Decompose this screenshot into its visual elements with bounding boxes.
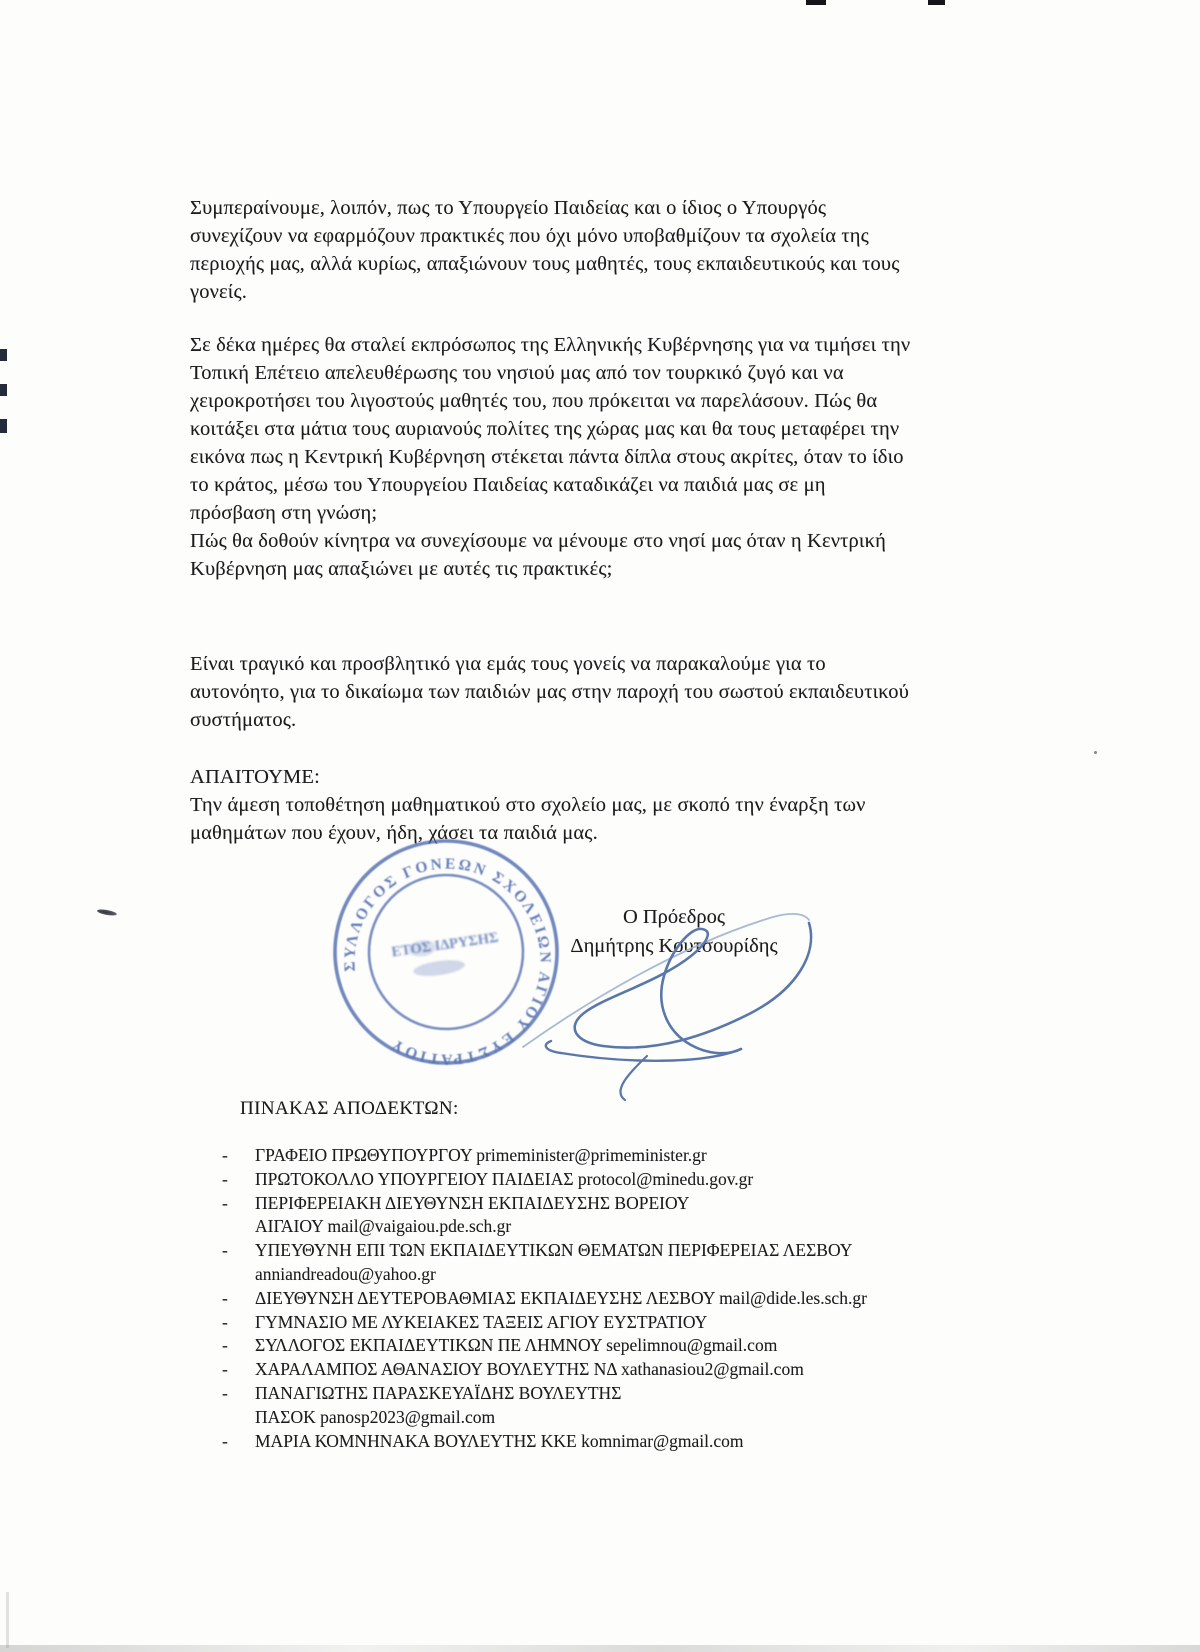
scan-artifact-left-dash <box>0 419 7 433</box>
recipient-row: - ΧΑΡΑΛΑΜΠΟΣ ΑΘΑΝΑΣΙΟΥ ΒΟΥΛΕΥΤΗΣ ΝΔ xath… <box>222 1358 982 1382</box>
paragraph-conclusion: Συμπεραίνουμε, λοιπόν, πως το Υπουργείο … <box>190 194 980 306</box>
recipient-text: ΠΕΡΙΦΕΡΕΙΑΚΗ ΔΙΕΥΘΥΝΣΗ ΕΚΠΑΙΔΕΥΣΗΣ ΒΟΡΕΙ… <box>255 1192 689 1240</box>
scan-artifact-top-dash <box>806 0 826 5</box>
recipient-text: ΓΡΑΦΕΙΟ ΠΡΩΘΥΠΟΥΡΓΟΥ primeminister@prime… <box>255 1144 707 1168</box>
scanned-letter-page: Συμπεραίνουμε, λοιπόν, πως το Υπουργείο … <box>0 0 1200 1652</box>
bullet-dash: - <box>222 1334 255 1358</box>
recipient-row: - ΠΑΝΑΓΙΩΤΗΣ ΠΑΡΑΣΚΕΥΑΪΔΗΣ ΒΟΥΛΕΥΤΗΣ ΠΑΣ… <box>222 1382 982 1430</box>
bullet-dash: - <box>222 1239 255 1263</box>
recipient-row: - ΠΕΡΙΦΕΡΕΙΑΚΗ ΔΙΕΥΘΥΝΣΗ ΕΚΠΑΙΔΕΥΣΗΣ ΒΟΡ… <box>222 1192 982 1240</box>
bullet-dash: - <box>222 1287 255 1311</box>
paragraph-tragic: Είναι τραγικό και προσβλητικό για εμάς τ… <box>190 650 980 734</box>
recipient-text: ΔΙΕΥΘΥΝΣΗ ΔΕΥΤΕΡΟΒΑΘΜΙΑΣ ΕΚΠΑΙΔΕΥΣΗΣ ΛΕΣ… <box>255 1287 867 1311</box>
recipient-row: - ΓΥΜΝΑΣΙΟ ΜΕ ΛΥΚΕΙΑΚΕΣ ΤΑΞΕΙΣ ΑΓΙΟΥ ΕΥΣ… <box>222 1311 982 1335</box>
recipient-row: - ΓΡΑΦΕΙΟ ΠΡΩΘΥΠΟΥΡΓΟΥ primeminister@pri… <box>222 1144 982 1168</box>
recipient-text: ΣΥΛΛΟΓΟΣ ΕΚΠΑΙΔΕΥΤΙΚΩΝ ΠΕ ΛΗΜΝΟΥ sepelim… <box>255 1334 777 1358</box>
recipient-text: ΥΠΕΥΘΥΝΗ ΕΠΙ ΤΩΝ ΕΚΠΑΙΔΕΥΤΙΚΩΝ ΘΕΜΑΤΩΝ Π… <box>255 1239 852 1287</box>
paragraph-demand: ΑΠΑΙΤΟΥΜΕ: Την άμεση τοποθέτηση μαθηματι… <box>190 763 980 847</box>
bullet-dash: - <box>222 1192 255 1216</box>
scan-bottom-edge <box>0 1645 1200 1652</box>
recipient-row: - ΣΥΛΛΟΓΟΣ ΕΚΠΑΙΔΕΥΤΙΚΩΝ ΠΕ ΛΗΜΝΟΥ sepel… <box>222 1334 982 1358</box>
bullet-dash: - <box>222 1311 255 1335</box>
bullet-dash: - <box>222 1144 255 1168</box>
recipient-row: - ΥΠΕΥΘΥΝΗ ΕΠΙ ΤΩΝ ΕΚΠΑΙΔΕΥΤΙΚΩΝ ΘΕΜΑΤΩΝ… <box>222 1239 982 1287</box>
signature-scribble <box>505 895 825 1105</box>
distribution-list-title: ΠΙΝΑΚΑΣ ΑΠΟΔΕΚΤΩΝ: <box>240 1098 459 1120</box>
bullet-dash: - <box>222 1382 255 1406</box>
paragraph-anniversary: Σε δέκα ημέρες θα σταλεί εκπρόσωπος της … <box>190 331 980 583</box>
distribution-list: - ΓΡΑΦΕΙΟ ΠΡΩΘΥΠΟΥΡΓΟΥ primeminister@pri… <box>222 1144 982 1453</box>
scan-artifact-left-dash <box>0 384 7 396</box>
scan-artifact-left-dash <box>0 349 7 361</box>
scan-artifact-top-dash <box>928 0 945 5</box>
recipient-row: - ΠΡΩΤΟΚΟΛΛΟ ΥΠΟΥΡΓΕΙΟΥ ΠΑΙΔΕΙΑΣ protoco… <box>222 1168 982 1192</box>
recipient-text: ΓΥΜΝΑΣΙΟ ΜΕ ΛΥΚΕΙΑΚΕΣ ΤΑΞΕΙΣ ΑΓΙΟΥ ΕΥΣΤΡ… <box>255 1311 707 1335</box>
recipient-text: ΜΑΡΙΑ ΚΟΜΝΗΝΑΚΑ ΒΟΥΛΕΥΤΗΣ ΚΚΕ komnimar@g… <box>255 1430 744 1454</box>
bullet-dash: - <box>222 1358 255 1382</box>
pen-mark <box>97 908 118 916</box>
scan-edge-streak <box>6 1592 9 1648</box>
recipient-row: - ΔΙΕΥΘΥΝΣΗ ΔΕΥΤΕΡΟΒΑΘΜΙΑΣ ΕΚΠΑΙΔΕΥΣΗΣ Λ… <box>222 1287 982 1311</box>
recipient-row: - ΜΑΡΙΑ ΚΟΜΝΗΝΑΚΑ ΒΟΥΛΕΥΤΗΣ ΚΚΕ komnimar… <box>222 1430 982 1454</box>
recipient-text: ΠΡΩΤΟΚΟΛΛΟ ΥΠΟΥΡΓΕΙΟΥ ΠΑΙΔΕΙΑΣ protocol@… <box>255 1168 753 1192</box>
recipient-text: ΧΑΡΑΛΑΜΠΟΣ ΑΘΑΝΑΣΙΟΥ ΒΟΥΛΕΥΤΗΣ ΝΔ xathan… <box>255 1358 804 1382</box>
stamp-center-text: ΕΤΟΣ ΙΔΡΥΣΗΣ <box>391 930 500 961</box>
recipient-text: ΠΑΝΑΓΙΩΤΗΣ ΠΑΡΑΣΚΕΥΑΪΔΗΣ ΒΟΥΛΕΥΤΗΣ ΠΑΣΟΚ… <box>255 1382 621 1430</box>
bullet-dash: - <box>222 1430 255 1454</box>
bullet-dash: - <box>222 1168 255 1192</box>
scan-speck <box>1094 751 1097 754</box>
